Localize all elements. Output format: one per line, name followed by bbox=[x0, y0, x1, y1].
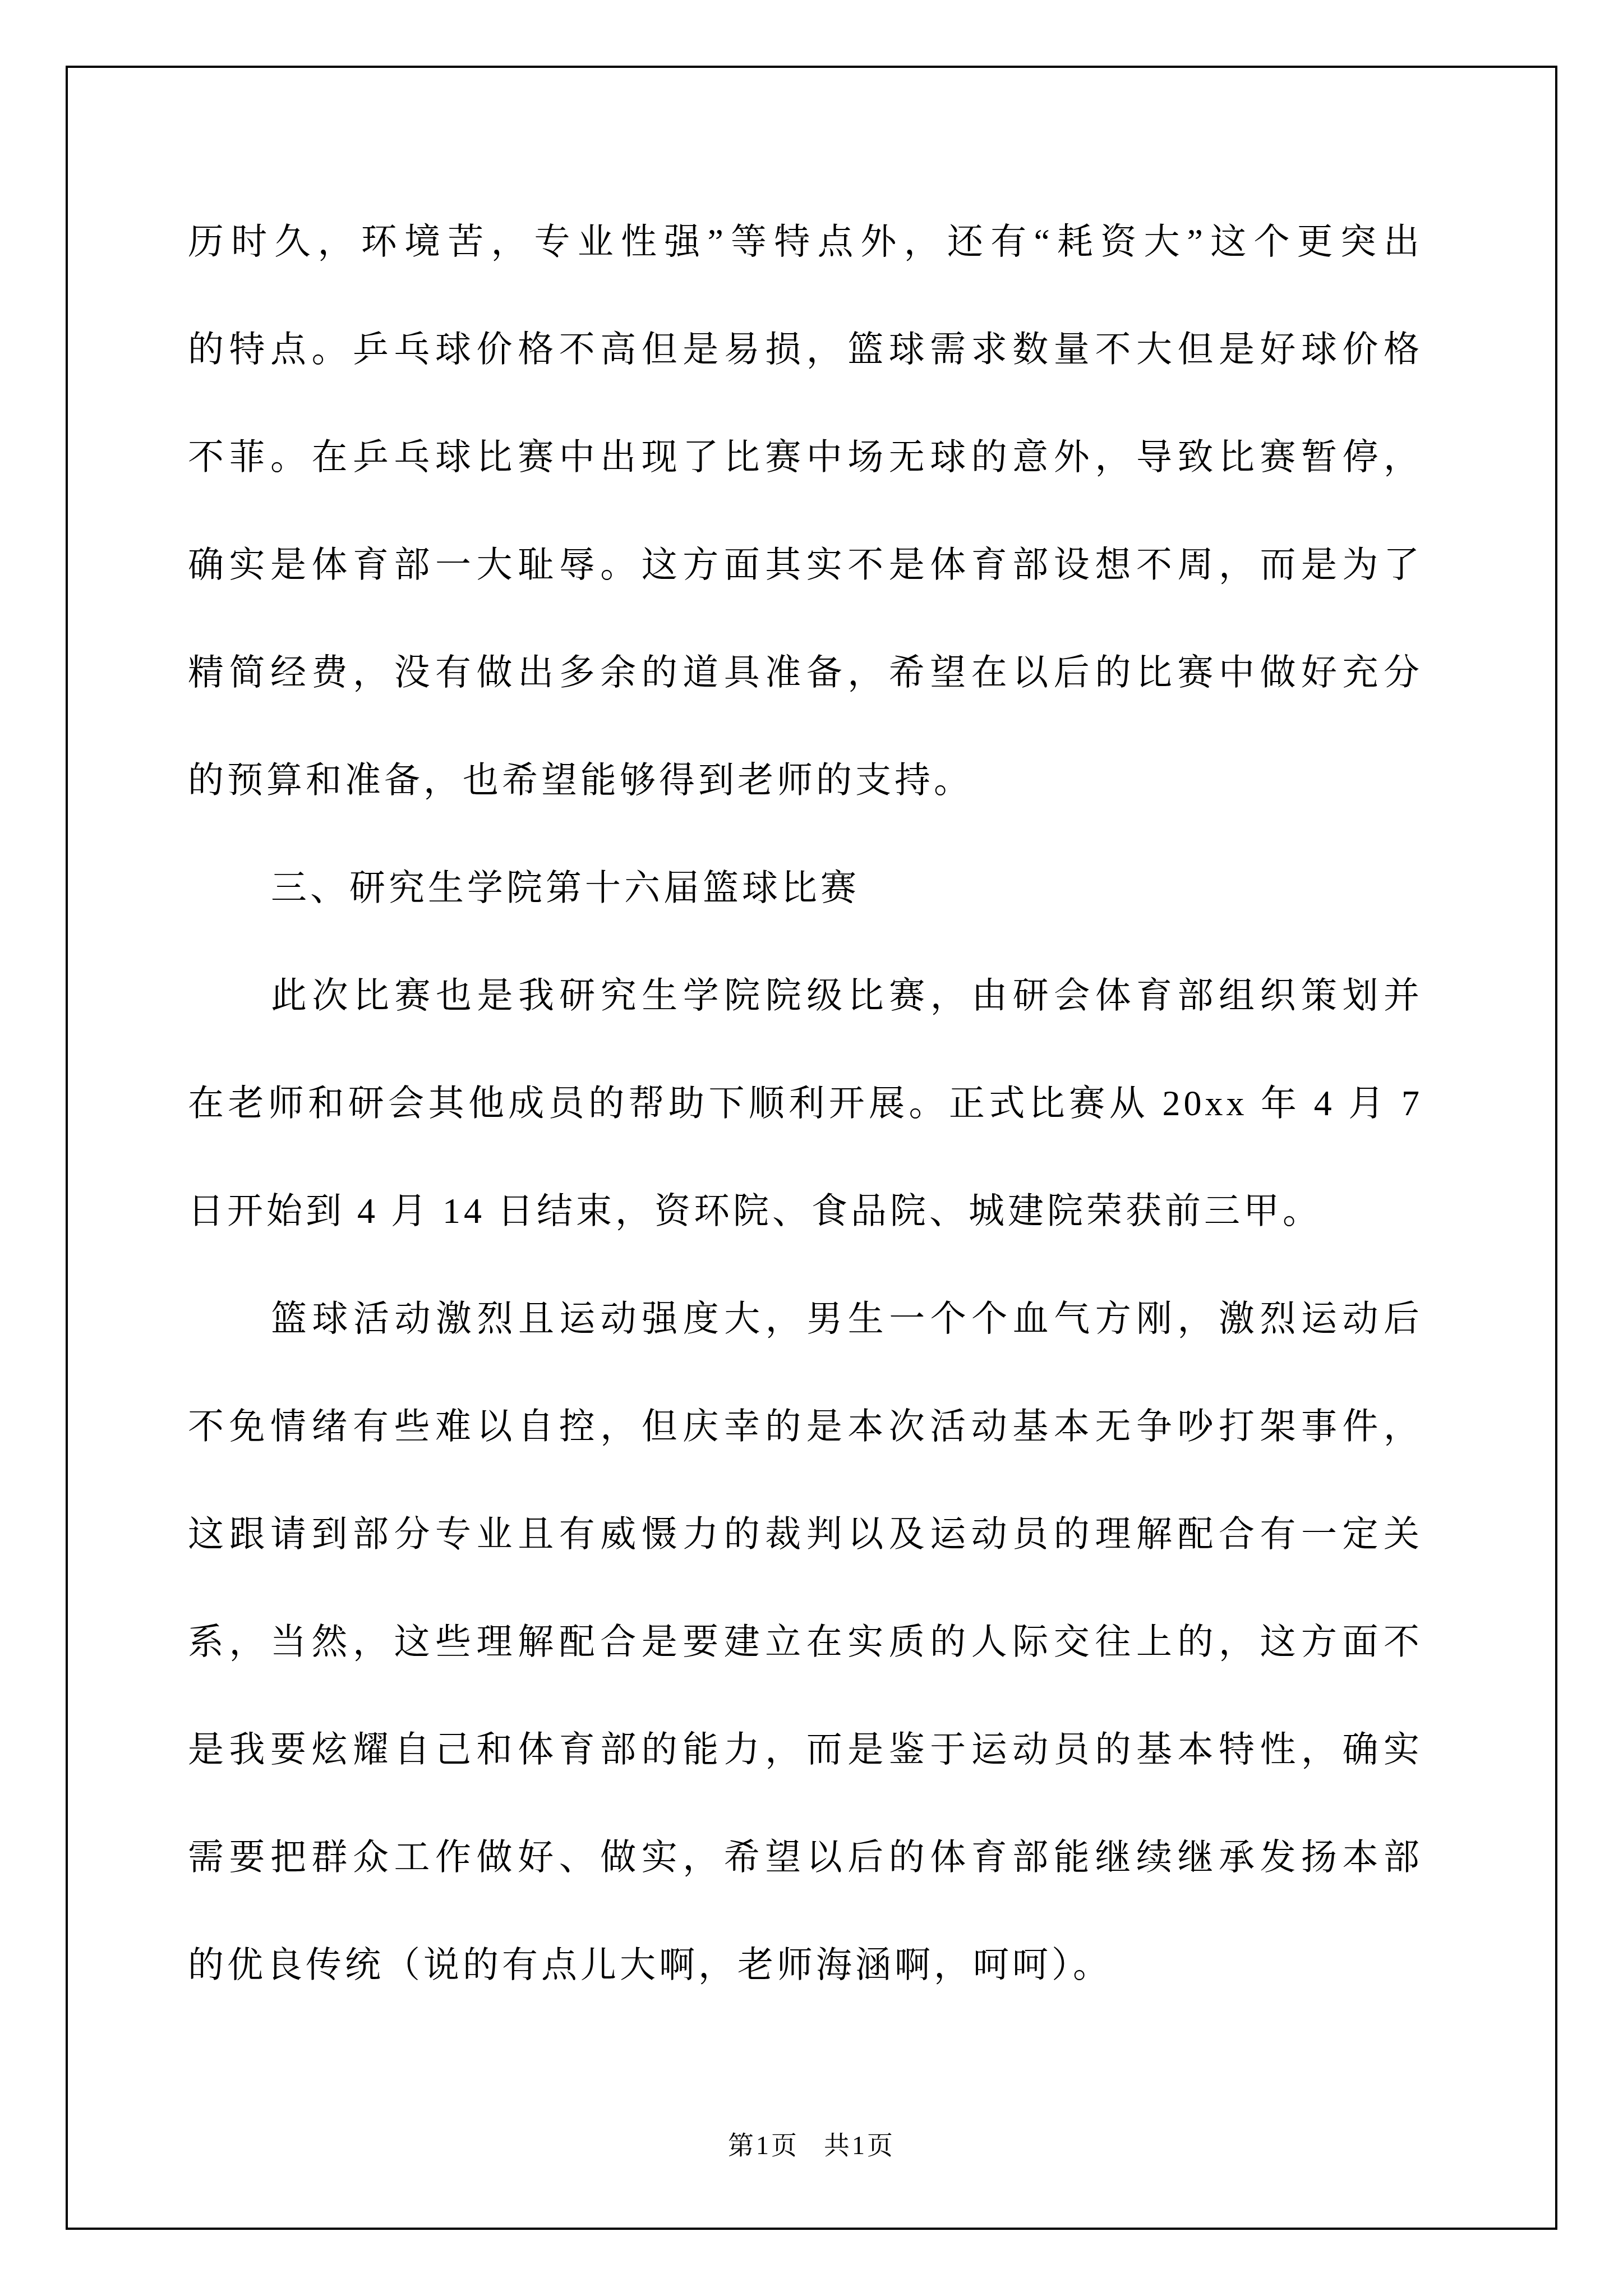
text-line: 篮球活动激烈且运动强度大，男生一个个血气方刚，激烈运动后 bbox=[188, 1265, 1423, 1373]
text-line: 在老师和研会其他成员的帮助下顺利开展。正式比赛从 20xx 年 4 月 7 bbox=[188, 1050, 1423, 1157]
text-line: 不菲。在乒乓球比赛中出现了比赛中场无球的意外，导致比赛暂停， bbox=[188, 403, 1423, 511]
text-line: 不免情绪有些难以自控，但庆幸的是本次活动基本无争吵打架事件， bbox=[188, 1373, 1423, 1480]
page-footer: 第1页共1页 bbox=[0, 2129, 1623, 2162]
document-page: 历时久，环境苦，专业性强”等特点外，还有“耗资大”这个更突出 的特点。乒乓球价格… bbox=[0, 0, 1623, 2296]
text-line: 的特点。乒乓球价格不高但是易损，篮球需求数量不大但是好球价格 bbox=[188, 296, 1423, 403]
text-line: 是我要炫耀自己和体育部的能力，而是鉴于运动员的基本特性，确实 bbox=[188, 1696, 1423, 1803]
text-line: 历时久，环境苦，专业性强”等特点外，还有“耗资大”这个更突出 bbox=[188, 188, 1423, 296]
page-number-current: 第1页 bbox=[728, 2131, 799, 2160]
text-line: 日开始到 4 月 14 日结束，资环院、食品院、城建院荣获前三甲。 bbox=[188, 1157, 1423, 1265]
text-line: 需要把群众工作做好、做实，希望以后的体育部能继续继承发扬本部 bbox=[188, 1803, 1423, 1911]
text-line: 确实是体育部一大耻辱。这方面其实不是体育部设想不周，而是为了 bbox=[188, 511, 1423, 619]
section-heading-line: 三、研究生学院第十六届篮球比赛 bbox=[188, 834, 1423, 942]
text-line: 系，当然，这些理解配合是要建立在实质的人际交往上的，这方面不 bbox=[188, 1588, 1423, 1696]
text-line: 的优良传统（说的有点儿大啊，老师海涵啊，呵呵）。 bbox=[188, 1911, 1423, 2019]
text-line: 这跟请到部分专业且有威慑力的裁判以及运动员的理解配合有一定关 bbox=[188, 1480, 1423, 1588]
text-line: 的预算和准备，也希望能够得到老师的支持。 bbox=[188, 726, 1423, 834]
text-line: 精简经费，没有做出多余的道具准备，希望在以后的比赛中做好充分 bbox=[188, 619, 1423, 726]
text-line: 此次比赛也是我研究生学院院级比赛，由研会体育部组织策划并 bbox=[188, 942, 1423, 1050]
page-number-total: 共1页 bbox=[824, 2131, 895, 2160]
document-body: 历时久，环境苦，专业性强”等特点外，还有“耗资大”这个更突出 的特点。乒乓球价格… bbox=[188, 188, 1423, 2019]
